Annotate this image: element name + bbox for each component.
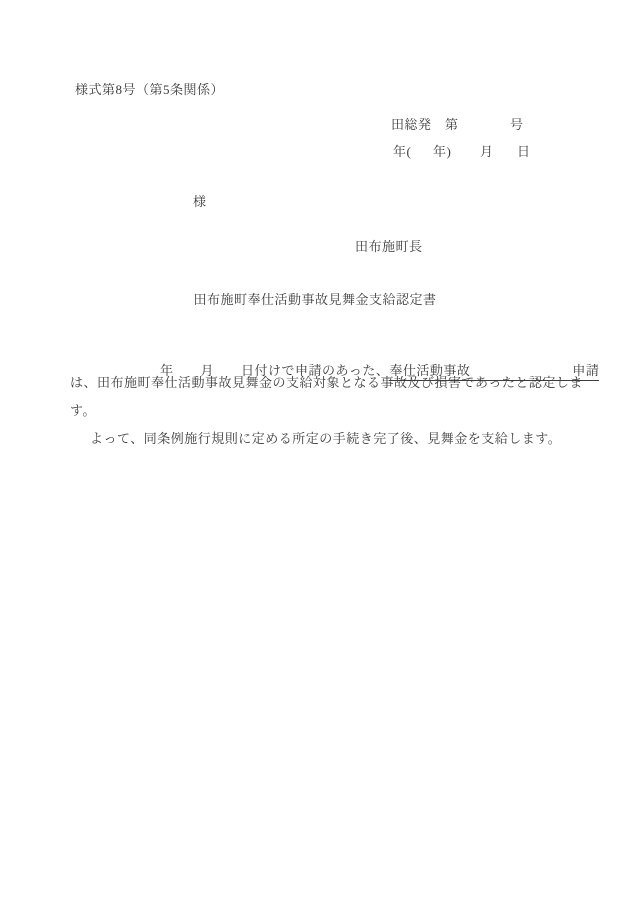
body-line-2: は、田布施町奉仕活動事故見舞金の支給対象となる事故及び損害であったと認定しま [70,375,583,391]
sender-name: 田布施町長 [355,239,423,255]
body-line-3: す。 [70,403,96,419]
form-number: 様式第8号（第5条関係） [75,82,224,98]
body-line-4: よって、同条例施行規則に定める所定の手続き完了後、見舞金を支給します。 [90,431,561,447]
addressee-honorific: 様 [193,194,207,210]
document-title: 田布施町奉仕活動事故見舞金支給認定書 [0,292,630,308]
date-year-open: 年( [393,144,411,160]
doc-number-label: 田総発 第 [391,117,459,133]
document-page: 様式第8号（第5条関係） 田総発 第 号 年( 年) 月 日 様 田布施町長 田… [0,0,630,915]
doc-number-unit: 号 [510,117,524,133]
date-year-close: 年) [433,144,451,160]
date-day: 日 [517,144,531,160]
date-month: 月 [480,144,494,160]
